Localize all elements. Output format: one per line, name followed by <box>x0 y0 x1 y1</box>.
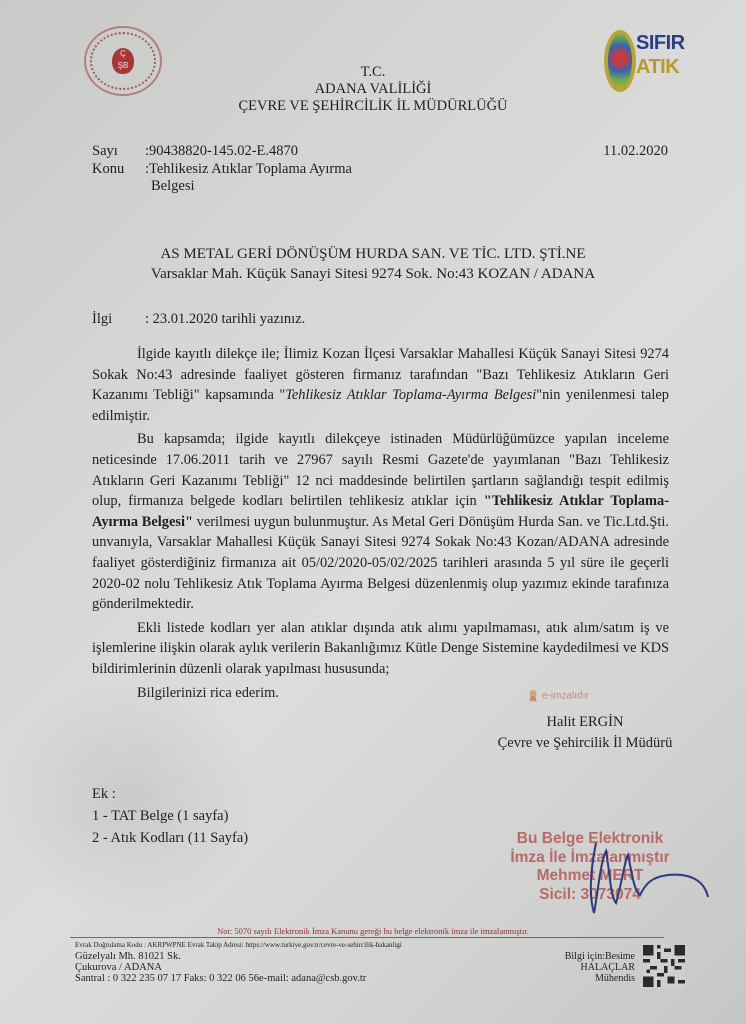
signer-title: Çevre ve Şehircilik İl Müdürü <box>470 733 700 754</box>
attachments: Ek : 1 - TAT Belge (1 sayfa) 2 - Atık Ko… <box>92 783 248 849</box>
letterhead: T.C. ADANA VALİLİĞİ ÇEVRE VE ŞEHİRCİLİK … <box>0 64 746 115</box>
attachment-item: 1 - TAT Belge (1 sayfa) <box>92 805 248 827</box>
sifir-atik-line1: SIFIR <box>636 32 685 55</box>
footer-legal-note: Not: 5070 sayılı Elektronik İmza Kanunu … <box>0 926 746 936</box>
addressee-company: AS METAL GERİ DÖNÜŞÜM HURDA SAN. VE TİC.… <box>0 244 746 264</box>
ilgi-value: : 23.01.2020 tarihli yazınız. <box>145 311 305 328</box>
konu-label: Konu <box>92 161 124 178</box>
addressee: AS METAL GERİ DÖNÜŞÜM HURDA SAN. VE TİC.… <box>0 244 746 284</box>
signer-block: Halit ERGİN Çevre ve Şehircilik İl Müdür… <box>470 712 700 754</box>
sayi-label: Sayı <box>92 143 118 160</box>
e-signature-badge: e-imzalıdır <box>528 689 589 703</box>
document-date: 11.02.2020 <box>603 143 668 160</box>
footer-contact-line: Santral : 0 322 235 07 17 Faks: 0 322 06… <box>75 973 402 984</box>
letterhead-tc: T.C. <box>0 64 746 81</box>
info-contact: Bilgi için:Besime HALAÇLAR Mühendis <box>540 951 635 984</box>
konu-value-line1: :Tehlikesiz Atıklar Toplama Ayırma <box>145 161 352 178</box>
paragraph-2: Bu kapsamda; ilgide kayıtlı dilekçeye is… <box>92 429 669 614</box>
sayi-value: :90438820-145.02-E.4870 <box>145 143 298 160</box>
footer-contact: Evrak Doğrulama Kodu : AKRPWPNE Evrak Ta… <box>75 940 402 984</box>
paragraph-1: İlgide kayıtlı dilekçe ile; İlimiz Kozan… <box>92 344 669 426</box>
qr-code-icon <box>640 945 688 987</box>
konu-value-line2: Belgesi <box>151 178 195 195</box>
signer-name: Halit ERGİN <box>470 712 700 733</box>
footer-address-2: Çukurova / ADANA <box>75 962 402 973</box>
footer-divider <box>70 937 664 938</box>
attachments-label: Ek : <box>92 783 248 805</box>
addressee-address: Varsaklar Mah. Küçük Sanayi Sitesi 9274 … <box>0 264 746 284</box>
certificate-name-italic: Tehlikesiz Atıklar Toplama-Ayırma Belges… <box>285 387 536 403</box>
ilgi-label: İlgi <box>92 311 112 328</box>
tracking-code: Evrak Doğrulama Kodu : AKRPWPNE Evrak Ta… <box>75 940 402 951</box>
handwritten-signature-icon <box>548 833 718 923</box>
letterhead-directorate: ÇEVRE VE ŞEHİRCİLİK İL MÜDÜRLÜĞÜ <box>0 98 746 115</box>
letter-body: İlgide kayıtlı dilekçe ile; İlimiz Kozan… <box>92 344 669 703</box>
letterhead-governorship: ADANA VALİLİĞİ <box>0 81 746 98</box>
attachment-item: 2 - Atık Kodları (11 Sayfa) <box>92 827 248 849</box>
paragraph-3: Ekli listede kodları yer alan atıklar dı… <box>92 618 669 680</box>
footer-address-1: Güzelyalı Mh. 81021 Sk. <box>75 951 402 962</box>
ribbon-badge-icon <box>528 689 538 703</box>
